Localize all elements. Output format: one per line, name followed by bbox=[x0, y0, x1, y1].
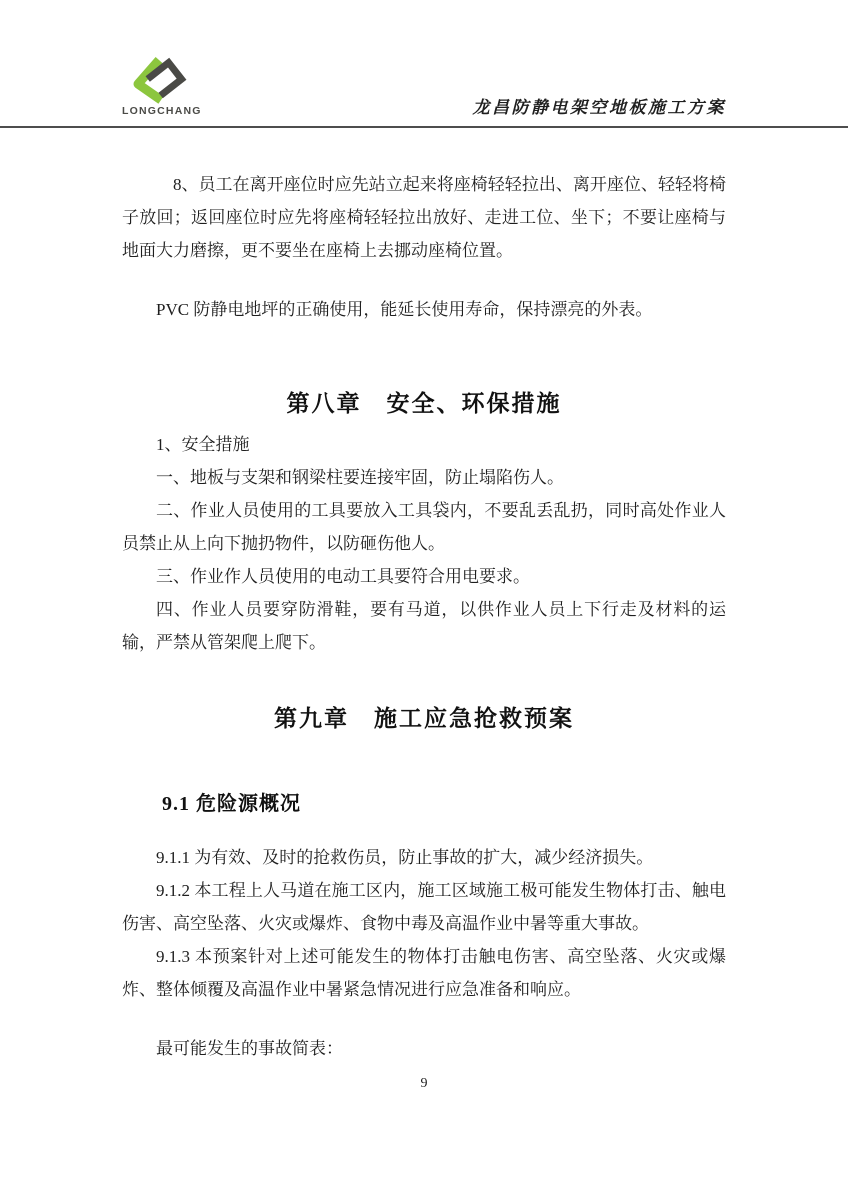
page-number: 9 bbox=[0, 1076, 848, 1092]
document-body: 8、员工在离开座位时应先站立起来将座椅轻轻拉出、离开座位、轻轻将椅子放回；返回座… bbox=[0, 168, 848, 1065]
document-page: LONGCHANG 龙昌防静电架空地板施工方案 8、员工在离开座位时应先站立起来… bbox=[0, 0, 848, 1200]
chapter-heading-9: 第九章 施工应急抢救预案 bbox=[122, 701, 726, 737]
brand-name: LONGCHANG bbox=[122, 105, 202, 117]
paragraph: 一、地板与支架和钢梁柱要连接牢固，防止塌陷伤人。 bbox=[122, 461, 726, 494]
paragraph: 三、作业作人员使用的电动工具要符合用电要求。 bbox=[122, 560, 726, 593]
paragraph: 最可能发生的事故简表： bbox=[122, 1032, 726, 1065]
paragraph: 9.1.1 为有效、及时的抢救伤员，防止事故的扩大，减少经济损失。 bbox=[122, 841, 726, 874]
page-header: LONGCHANG 龙昌防静电架空地板施工方案 bbox=[0, 0, 848, 128]
paragraph: 8、员工在离开座位时应先站立起来将座椅轻轻拉出、离开座位、轻轻将椅子放回；返回座… bbox=[122, 168, 726, 267]
paragraph: 9.1.3 本预案针对上述可能发生的物体打击触电伤害、高空坠落、火灾或爆炸、整体… bbox=[122, 940, 726, 1006]
document-title: 龙昌防静电架空地板施工方案 bbox=[473, 93, 727, 126]
paragraph: PVC 防静电地坪的正确使用，能延长使用寿命，保持漂亮的外表。 bbox=[122, 293, 726, 326]
section-heading-9-1: 9.1 危险源概况 bbox=[122, 789, 726, 819]
brand-logo: LONGCHANG bbox=[122, 57, 202, 117]
chapter-heading-8: 第八章 安全、环保措施 bbox=[122, 386, 726, 422]
paragraph: 四、作业人员要穿防滑鞋，要有马道，以供作业人员上下行走及材料的运输，严禁从管架爬… bbox=[122, 593, 726, 659]
paragraph: 9.1.2 本工程上人马道在施工区内，施工区域施工极可能发生物体打击、触电伤害、… bbox=[122, 874, 726, 940]
longchang-logo-icon bbox=[132, 57, 188, 103]
paragraph: 1、安全措施 bbox=[122, 428, 726, 461]
paragraph: 二、作业人员使用的工具要放入工具袋内，不要乱丢乱扔，同时高处作业人员禁止从上向下… bbox=[122, 494, 726, 560]
